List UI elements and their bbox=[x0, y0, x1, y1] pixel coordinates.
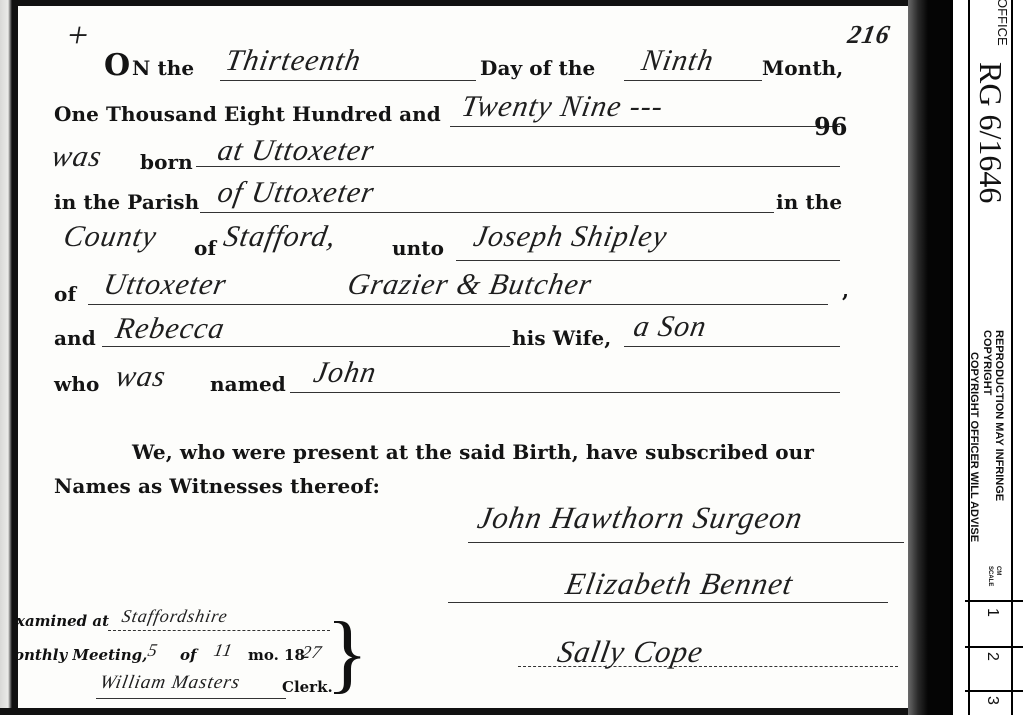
day-handwritten: Thirteenth bbox=[223, 44, 364, 78]
meeting-mo-label: mo. 18 bbox=[248, 646, 305, 664]
parish-label: in the Parish bbox=[54, 190, 199, 214]
clerk-signature: William Masters bbox=[98, 672, 242, 694]
witness-intro-line1: We, who were present at the said Birth, … bbox=[132, 440, 814, 464]
scale-mark-2: 2 bbox=[983, 652, 1001, 661]
office-label: OFFICE bbox=[995, 0, 1010, 46]
scale-mark-1: 1 bbox=[983, 608, 1001, 617]
sex-rule bbox=[624, 346, 840, 347]
witness-signature-1: John Hawthorn Surgeon bbox=[475, 500, 806, 536]
mother-handwritten: Rebecca bbox=[113, 312, 228, 346]
mother-rule bbox=[102, 346, 510, 347]
meeting-month-handwritten: 11 bbox=[212, 640, 234, 661]
scale-divider-3 bbox=[965, 690, 1023, 692]
child-name-handwritten: John bbox=[311, 356, 379, 390]
residence-of-label: of bbox=[54, 282, 76, 306]
examined-place-handwritten: Staffordshire bbox=[120, 606, 229, 627]
occupation-handwritten: Grazier & Butcher bbox=[345, 268, 595, 302]
scale-divider-1 bbox=[965, 600, 1023, 602]
scan-left-edge bbox=[0, 0, 18, 715]
archive-reference: RG 6/1646 bbox=[972, 62, 1009, 203]
witness1-rule bbox=[468, 542, 904, 543]
drop-cap-o: O bbox=[104, 48, 130, 83]
who-label: who bbox=[54, 372, 99, 396]
child-sex-handwritten: a Son bbox=[631, 310, 709, 344]
meeting-of-label: of bbox=[180, 646, 196, 664]
clerk-rule bbox=[96, 698, 286, 699]
year-rule bbox=[450, 126, 840, 127]
scale-divider-2 bbox=[965, 646, 1023, 648]
witness-intro-line2: Names as Witnesses thereof: bbox=[54, 474, 380, 498]
father-handwritten: Joseph Shipley bbox=[471, 220, 670, 254]
scale-mark-3: 3 bbox=[983, 696, 1001, 705]
page-number: 216 bbox=[845, 20, 892, 50]
parish-suffix: in the bbox=[776, 190, 842, 214]
monthly-meeting-label: onthly Meeting, bbox=[14, 646, 147, 664]
and-label: and bbox=[54, 326, 96, 350]
month-rule bbox=[624, 80, 762, 81]
brace-mark: } bbox=[326, 610, 368, 698]
birth-register-page: + 216 O N the Thirteenth Day of the Nint… bbox=[18, 6, 908, 710]
meeting-year-handwritten: 27 bbox=[300, 642, 324, 663]
meeting-day-handwritten: 5 bbox=[146, 640, 160, 661]
his-wife-label: his Wife, bbox=[512, 326, 611, 350]
entry-number: 96 bbox=[814, 112, 848, 141]
county-name-handwritten: Stafford, bbox=[221, 220, 339, 254]
year-handwritten: Twenty Nine --- bbox=[459, 90, 666, 124]
birthplace-handwritten: at Uttoxeter bbox=[215, 134, 377, 168]
county-handwritten: County bbox=[61, 220, 160, 254]
unto-label: unto bbox=[392, 236, 444, 260]
examined-at-label: xamined at bbox=[16, 612, 109, 630]
was-handwritten: was bbox=[49, 140, 105, 174]
examined-place-rule bbox=[108, 630, 330, 631]
strip-rule-right bbox=[1011, 0, 1013, 715]
month-handwritten: Ninth bbox=[639, 44, 717, 78]
line1-suffix: Month, bbox=[762, 56, 843, 80]
copyright-notice-2: COPYRIGHT bbox=[981, 330, 993, 395]
was-named-handwritten: was bbox=[113, 360, 169, 394]
line1-mid: Day of the bbox=[480, 56, 595, 80]
line1-prefix: N the bbox=[132, 56, 194, 80]
copyright-notice-3: COPYRIGHT OFFICER WILL ADVISE bbox=[968, 352, 980, 542]
parish-handwritten: of Uttoxeter bbox=[215, 176, 377, 210]
parish-rule bbox=[200, 212, 774, 213]
child-name-rule bbox=[290, 392, 840, 393]
copyright-notice-1: REPRODUCTION MAY INFRINGE bbox=[993, 330, 1005, 501]
scale-label-cm: CM bbox=[995, 566, 1001, 575]
residence-rule bbox=[88, 304, 828, 305]
line2-prefix: One Thousand Eight Hundred and bbox=[54, 102, 441, 126]
corner-cross-mark: + bbox=[64, 14, 93, 56]
archive-reference-strip: OFFICE RG 6/1646 REPRODUCTION MAY INFRIN… bbox=[950, 0, 1024, 715]
father-rule bbox=[456, 260, 840, 261]
residence-handwritten: Uttoxeter bbox=[101, 268, 229, 302]
witness2-rule bbox=[448, 602, 888, 603]
witness-signature-3: Sally Cope bbox=[555, 634, 707, 670]
county-of-label: of bbox=[194, 236, 216, 260]
scan-bottom-edge bbox=[0, 708, 950, 715]
named-label: named bbox=[210, 372, 286, 396]
day-rule bbox=[220, 80, 476, 81]
scale-label-scale: SCALE bbox=[987, 566, 993, 586]
residence-comma: , bbox=[842, 278, 849, 302]
witness-signature-2: Elizabeth Bennet bbox=[563, 566, 796, 602]
scan-right-edge bbox=[908, 0, 950, 715]
born-label: born bbox=[140, 150, 193, 174]
